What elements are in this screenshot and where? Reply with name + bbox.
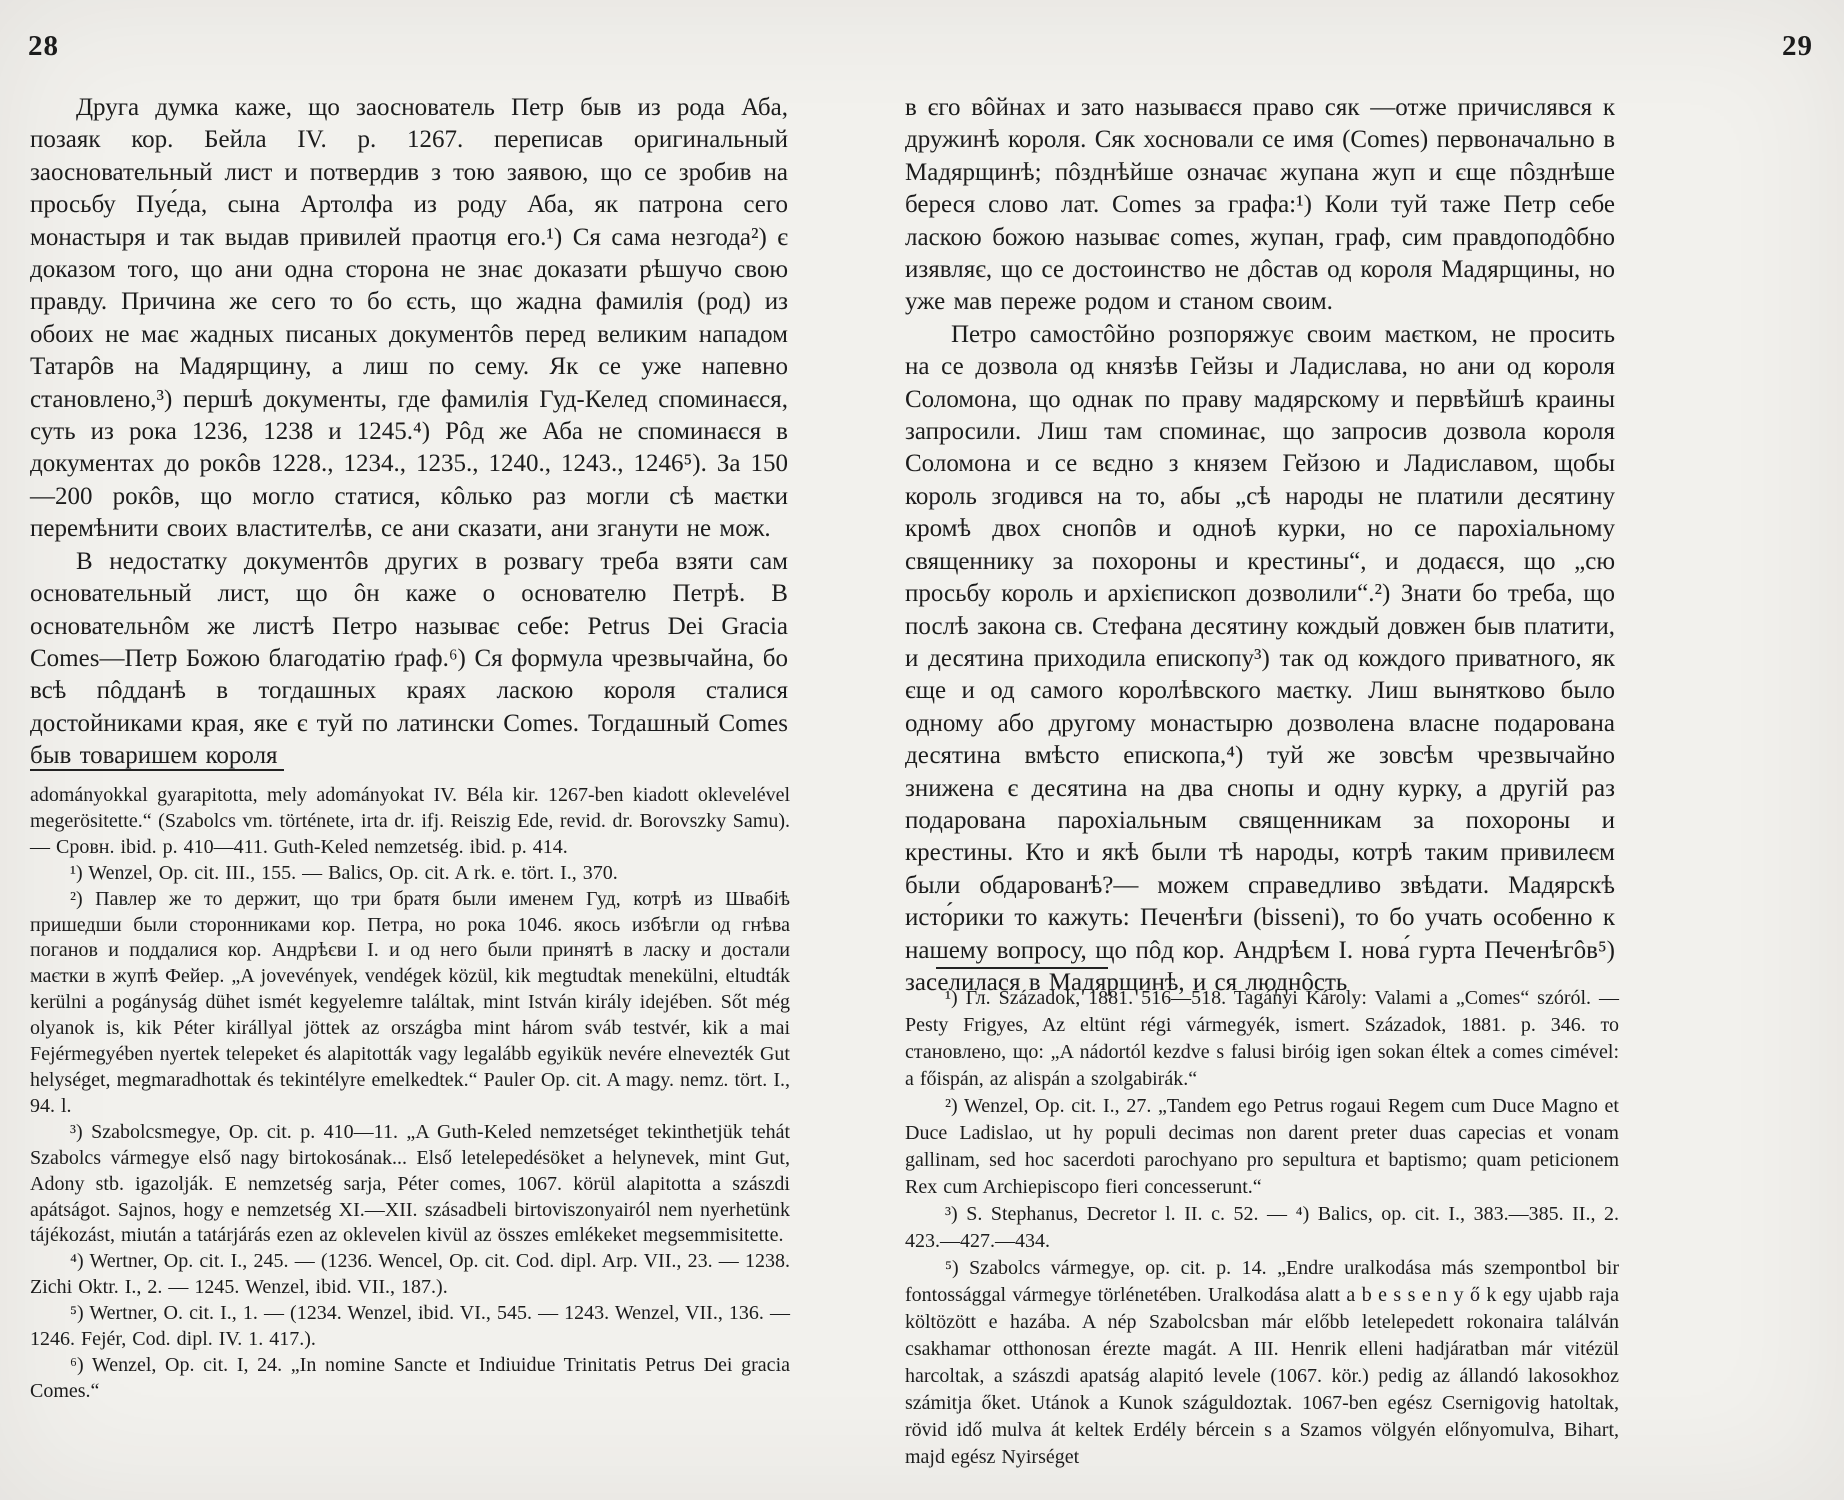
right-footnote-1: ¹) Гл. Századok, 1881. 516—518. Tagányi … [905, 985, 1619, 1093]
right-paragraph-2: Петро самостôйно розпоряжує своим маєтко… [905, 319, 1615, 1000]
right-footnote-3-4: ³) S. Stephanus, Decretor l. II. c. 52. … [905, 1201, 1619, 1255]
left-page-footnotes: adományokkal gyarapitotta, mely adományo… [30, 783, 790, 1405]
right-page-footnotes: ¹) Гл. Századok, 1881. 516—518. Tagányi … [905, 985, 1619, 1471]
page-number-right: 29 [1782, 30, 1813, 63]
left-footnote-5: ⁵) Wertner, O. cit. I., 1. — (1234. Wenz… [30, 1301, 790, 1353]
right-footnote-2: ²) Wenzel, Op. cit. I., 27. „Tandem ego … [905, 1093, 1619, 1201]
left-footnote-2: ²) Павлер же то держит, що три братя был… [30, 887, 790, 1120]
left-footnote-4: ⁴) Wertner, Op. cit. I., 245. — (1236. W… [30, 1249, 790, 1301]
left-footnote-continuation: adományokkal gyarapitotta, mely adományo… [30, 783, 790, 861]
book-spread: 28 29 Друга думка каже, що заоснователь … [0, 0, 1844, 1500]
left-footnote-3: ³) Szabolcsmegye, Op. cit. p. 410—11. „A… [30, 1120, 790, 1250]
left-footnote-6: ⁶) Wenzel, Op. cit. I, 24. „In nomine Sa… [30, 1353, 790, 1405]
left-paragraph-1: Друга думка каже, що заоснователь Петр б… [30, 92, 788, 546]
right-footnote-rule [936, 967, 1108, 969]
page-number-left: 28 [28, 30, 59, 63]
right-footnote-5: ⁵) Szabolcs vármegye, op. cit. p. 14. „E… [905, 1255, 1619, 1471]
right-paragraph-1: в єго вôйнах и зато называєся право сяк … [905, 92, 1615, 319]
left-paragraph-2: В недостатку документôв других в розвагу… [30, 546, 788, 773]
left-footnote-rule [30, 769, 284, 771]
left-page-body: Друга думка каже, що заоснователь Петр б… [30, 92, 788, 773]
right-page-body: в єго вôйнах и зато называєся право сяк … [905, 92, 1615, 999]
left-footnote-1: ¹) Wenzel, Op. cit. III., 155. — Balics,… [30, 861, 790, 887]
